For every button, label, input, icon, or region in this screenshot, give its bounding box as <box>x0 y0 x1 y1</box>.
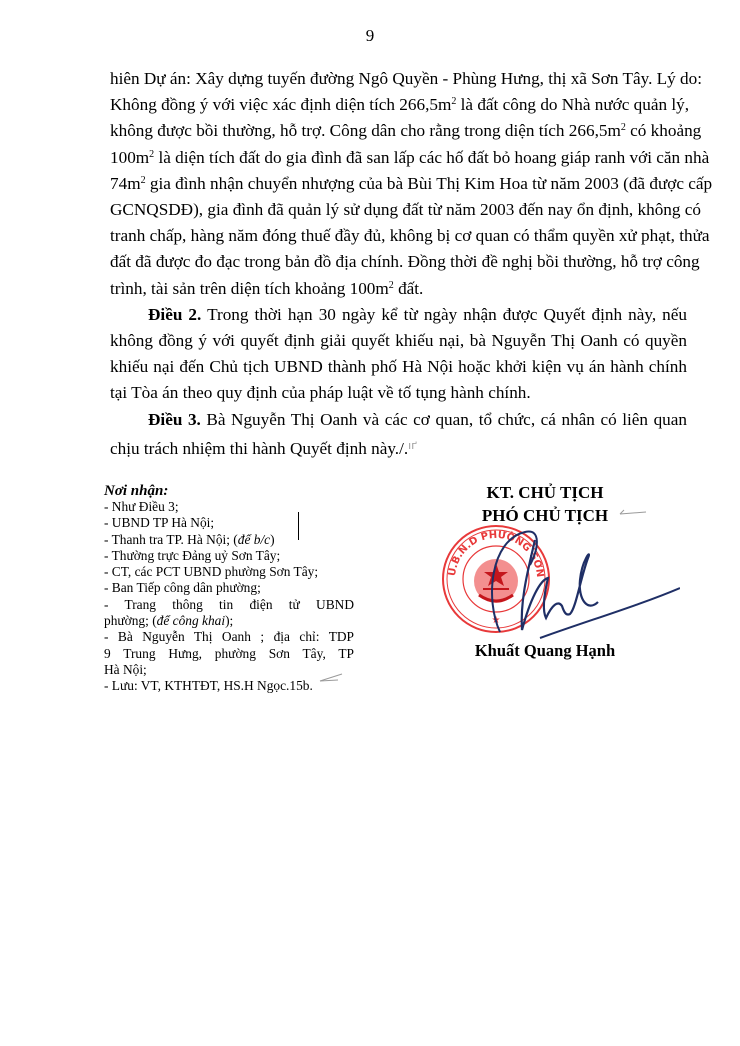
body-line: đất đã được đo đạc trong bản đồ địa chín… <box>110 249 687 275</box>
article-2-label: Điều 2. <box>148 305 201 324</box>
article-3-first-line: Điều 3. Bà Nguyễn Thị Oanh và các cơ qua… <box>110 407 687 433</box>
handwritten-initial-mark: ıґ <box>408 439 417 452</box>
recipient-item: - CT, các PCT UBND phường Sơn Tây; <box>104 564 354 580</box>
recipient-item: - UBND TP Hà Nội; <box>104 515 354 531</box>
handwritten-signature <box>480 520 680 640</box>
body-line: GCNQSDĐ), gia đình đã quản lý sử dụng đấ… <box>110 197 687 223</box>
body-line: 100m2 là diện tích đất do gia đình đã sa… <box>110 145 687 171</box>
signature-title-1: KT. CHỦ TỊCH <box>440 481 650 504</box>
recipient-item: - Bà Nguyễn Thị Oanh ; địa chỉ: TDP <box>104 629 354 645</box>
article-3: Điều 3. Bà Nguyễn Thị Oanh và các cơ qua… <box>110 407 687 462</box>
recipient-item: - Trang thông tin điện tử UBND <box>104 597 354 613</box>
recipients-bracket <box>298 512 299 540</box>
body-line: Không đồng ý với việc xác định diện tích… <box>110 92 687 118</box>
article-2: Điều 2. Trong thời hạn 30 ngày kể từ ngà… <box>110 302 687 407</box>
article-1-continuation: hiên Dự án: Xây dựng tuyến đường Ngô Quy… <box>110 66 687 302</box>
recipient-item: - Thường trực Đảng uỷ Sơn Tây; <box>104 548 354 564</box>
body-line: hiên Dự án: Xây dựng tuyến đường Ngô Quy… <box>110 66 687 92</box>
decision-body: hiên Dự án: Xây dựng tuyến đường Ngô Quy… <box>110 66 687 462</box>
recipient-item: phường; (để công khai); <box>104 613 354 629</box>
article-2-first-line: Điều 2. Trong thời hạn 30 ngày kể từ ngà… <box>110 302 687 328</box>
recipient-item: - Ban Tiếp công dân phường; <box>104 580 354 596</box>
signer-name: Khuất Quang Hạnh <box>440 641 650 661</box>
recipients-list: Nơi nhận: - Như Điều 3;- UBND TP Hà Nội;… <box>104 483 354 695</box>
recipient-item: Hà Nội; <box>104 662 354 678</box>
handwritten-tick-mark <box>618 508 648 518</box>
page-number: 9 <box>0 26 740 46</box>
recipient-item: - Lưu: VT, KTHTĐT, HS.H Ngọc.15b. <box>104 678 354 694</box>
body-line: không được bồi thường, hỗ trợ. Công dân … <box>110 118 687 144</box>
recipient-item: - Như Điều 3; <box>104 499 354 515</box>
article-3-label: Điều 3. <box>148 410 201 429</box>
recipients-title: Nơi nhận: <box>104 483 354 499</box>
recipient-item: 9 Trung Hưng, phường Sơn Tây, TP <box>104 646 354 662</box>
body-line: 74m2 gia đình nhận chuyển nhượng của bà … <box>110 171 687 197</box>
recipient-item: - Thanh tra TP. Hà Nội; (để b/c) <box>104 532 354 548</box>
body-line: trình, tài sản trên diện tích khoảng 100… <box>110 276 687 302</box>
body-line: tranh chấp, hàng năm đóng thuế đầy đủ, k… <box>110 223 687 249</box>
handwritten-tick-mark-2 <box>318 672 344 684</box>
